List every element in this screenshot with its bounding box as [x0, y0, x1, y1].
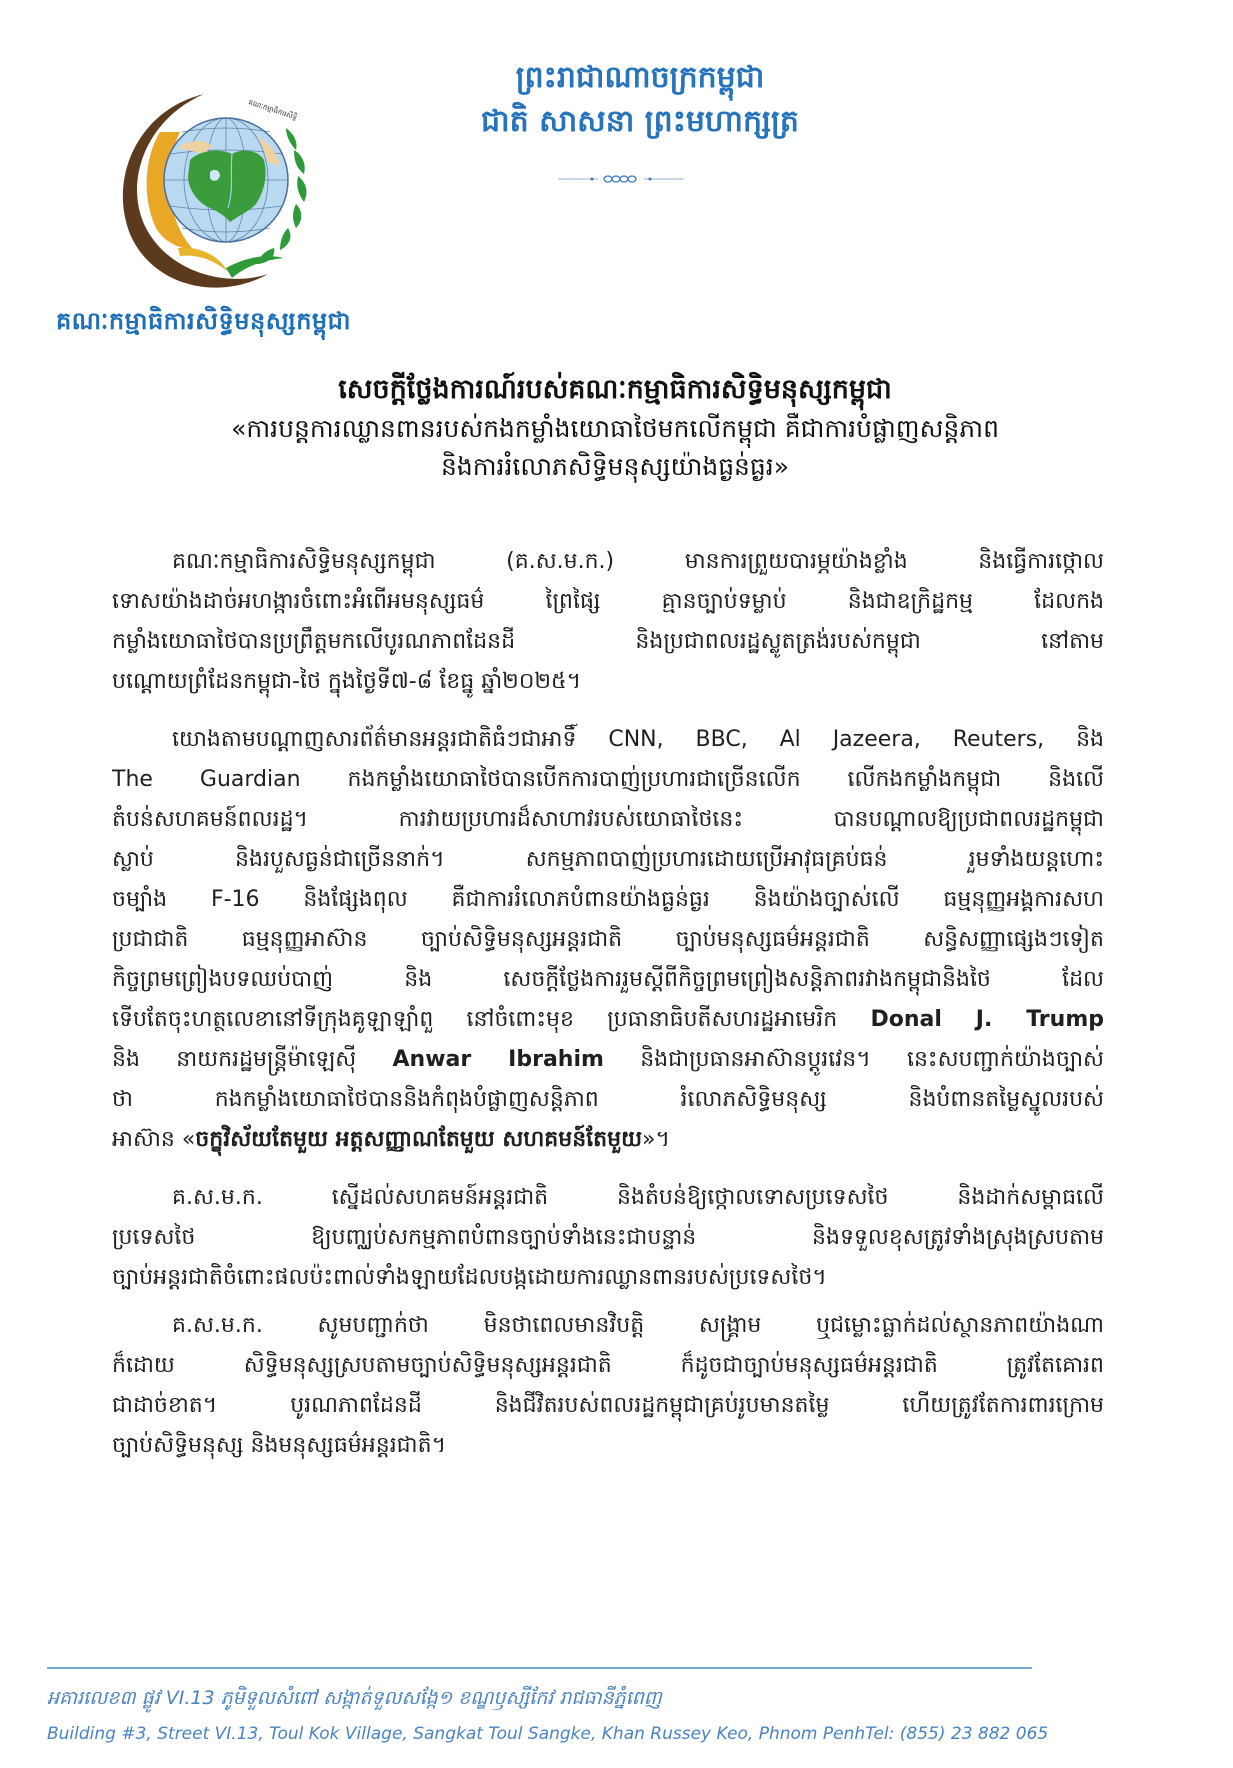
paragraph-line: ច្បាប់សិទ្ធិមនុស្ស និងមនុស្សធម៌អន្តរជាតិ…	[112, 1426, 1104, 1466]
statement-title: សេចក្តីថ្លែងការណ៍របស់គណៈកម្មាធិការសិទ្ធិ…	[120, 370, 1110, 410]
footer-address-english: Building #3, Street VI.13, Toul Kok Vill…	[47, 1724, 865, 1744]
svg-text:គណៈកម្មាធិការសិទ្ធិ: គណៈកម្មាធិការសិទ្ធិ	[247, 97, 298, 121]
paragraph-line: គ.ស.ម.ក. ស្នើដល់សហគមន៍អន្តរជាតិ និងតំបន់…	[112, 1178, 1104, 1218]
paragraph-line: បណ្តោយព្រំដែនកម្ពុជា-ថៃ ក្នុងថ្ងៃទី៧-៨ ខ…	[112, 662, 1104, 702]
paragraph-line: អាស៊ាន «ចក្ខុវិស័យតែមួយ អត្តសញ្ញាណតែមួយ …	[112, 1120, 1104, 1160]
paragraph-line: កិច្ចព្រមព្រៀងបទឈប់បាញ់ និង សេចក្តីថ្លែង…	[112, 960, 1104, 1000]
kingdom-motto: ព្រះរាជាណាចក្រកម្ពុជា ជាតិ សាសនា ព្រះមហា…	[380, 56, 900, 144]
organization-logo: គណៈកម្មាធិការសិទ្ធិ	[108, 88, 330, 298]
kingdom-name: ព្រះរាជាណាចក្រកម្ពុជា	[380, 56, 900, 100]
asean-motto: ចក្ខុវិស័យតែមួយ អត្តសញ្ញាណតែមួយ សហគមន៍តែ…	[195, 1127, 642, 1152]
malaysia-pm-name: Anwar Ibrahim	[393, 1047, 604, 1072]
line-text: និង នាយករដ្ឋមន្ត្រីម៉ាឡេស៊ី	[112, 1047, 393, 1072]
footer-telephone: Tel: (855) 23 882 065	[865, 1724, 1048, 1744]
press-release-page: គណៈកម្មាធិការសិទ្ធិ គណៈកម្មាធិការសិទ្ធិម…	[0, 0, 1233, 1768]
footer-divider	[47, 1667, 1032, 1669]
organization-name: គណៈកម្មាធិការសិទ្ធិមនុស្សកម្ពុជា	[56, 306, 416, 341]
paragraph-line: ប្រទេសថៃ ឱ្យបញ្ឈប់សកម្មភាពបំពានច្បាប់ទាំ…	[112, 1218, 1104, 1258]
footer-contact: Building #3, Street VI.13, Toul Kok Vill…	[47, 1724, 1032, 1744]
paragraph-line: ចម្បាំង F-16 និងផ្សែងពុល គឺជាការរំលោភបំព…	[112, 880, 1104, 920]
paragraph-line: យោងតាមបណ្តាញសារព័ត៌មានអន្តរជាតិធំៗជាអាទិ…	[112, 720, 1104, 760]
statement-subtitle-line-2: និងការរំលោភសិទ្ធិមនុស្សយ៉ាងធ្ងន់ធ្ងរ»	[120, 448, 1110, 486]
paragraph-line: និង នាយករដ្ឋមន្ត្រីម៉ាឡេស៊ី Anwar Ibrahi…	[112, 1040, 1104, 1080]
us-president-name: Donal J. Trump	[870, 1007, 1104, 1032]
paragraph-line: ក៏ដោយ សិទ្ធិមនុស្សស្របតាមច្បាប់សិទ្ធិមនុ…	[112, 1346, 1104, 1386]
statement-subtitle-line-1: «ការបន្តការឈ្លានពានរបស់កងកម្លាំងយោធាថៃមក…	[120, 410, 1110, 448]
paragraph-line: ទោសយ៉ាងដាច់អហង្ការចំពោះអំពើអមនុស្សធម៌ ព្…	[112, 582, 1104, 622]
line-text: និងជាប្រធានអាស៊ានប្តូរវេន។ នេះសបញ្ជាក់យ៉…	[604, 1047, 1104, 1072]
statement-body: គណៈកម្មាធិការសិទ្ធិមនុស្សកម្ពុជា (គ.ស.ម.…	[112, 542, 1104, 1466]
paragraph-line: ជាដាច់ខាត។ បូរណភាពដែនដី និងជីវិតរបស់ពលរដ…	[112, 1386, 1104, 1426]
paragraph-line: ប្រជាជាតិ ធម្មនុញ្ញអាស៊ាន ច្បាប់សិទ្ធិមន…	[112, 920, 1104, 960]
paragraph-line: ទើបតែចុះហត្ថលេខានៅទីក្រុងគូឡាឡាំពួ នៅចំព…	[112, 1000, 1104, 1040]
paragraph-3: គ.ស.ម.ក. ស្នើដល់សហគមន៍អន្តរជាតិ និងតំបន់…	[112, 1178, 1104, 1298]
paragraph-line: គ.ស.ម.ក. សូមបញ្ជាក់ថា មិនថាពេលមានវិបត្តិ…	[112, 1306, 1104, 1346]
paragraph-line: ស្លាប់ និងរបួសធ្ងន់ជាច្រើននាក់។ សកម្មភាព…	[112, 840, 1104, 880]
paragraph-line: តំបន់សហគមន៍ពលរដ្ឋ។ ការវាយប្រហារដ៏សាហាវរប…	[112, 800, 1104, 840]
paragraph-line: ថា កងកម្លាំងយោធាថៃបាននិងកំពុងបំផ្លាញសន្ត…	[112, 1080, 1104, 1120]
statement-title-block: សេចក្តីថ្លែងការណ៍របស់គណៈកម្មាធិការសិទ្ធិ…	[120, 370, 1110, 486]
ornament-divider-icon	[558, 172, 684, 186]
paragraph-line: ច្បាប់អន្តរជាតិចំពោះផលប៉ះពាល់ទាំងឡាយដែលប…	[112, 1258, 1104, 1298]
line-text: អាស៊ាន «	[112, 1127, 195, 1152]
nation-religion-king: ជាតិ សាសនា ព្រះមហាក្សត្រ	[380, 100, 900, 144]
paragraph-line: គណៈកម្មាធិការសិទ្ធិមនុស្សកម្ពុជា (គ.ស.ម.…	[112, 542, 1104, 582]
paragraph-line: The Guardian កងកម្លាំងយោធាថៃបានបើកការបាញ…	[112, 760, 1104, 800]
paragraph-2: យោងតាមបណ្តាញសារព័ត៌មានអន្តរជាតិធំៗជាអាទិ…	[112, 720, 1104, 1160]
footer-address-khmer: អគារលេខ៣ ផ្លូវ VI.13 ភូមិទួលសំពៅ សង្កាត់…	[47, 1686, 662, 1714]
line-text: ទើបតែចុះហត្ថលេខានៅទីក្រុងគូឡាឡាំពួ នៅចំព…	[112, 1007, 870, 1032]
paragraph-1: គណៈកម្មាធិការសិទ្ធិមនុស្សកម្ពុជា (គ.ស.ម.…	[112, 542, 1104, 702]
paragraph-4: គ.ស.ម.ក. សូមបញ្ជាក់ថា មិនថាពេលមានវិបត្តិ…	[112, 1306, 1104, 1466]
logo-emblem-icon: គណៈកម្មាធិការសិទ្ធិ	[108, 88, 330, 298]
paragraph-line: កម្លាំងយោធាថៃបានប្រព្រឹត្តមកលើបូរណភាពដែន…	[112, 622, 1104, 662]
line-text: »។	[642, 1127, 670, 1152]
